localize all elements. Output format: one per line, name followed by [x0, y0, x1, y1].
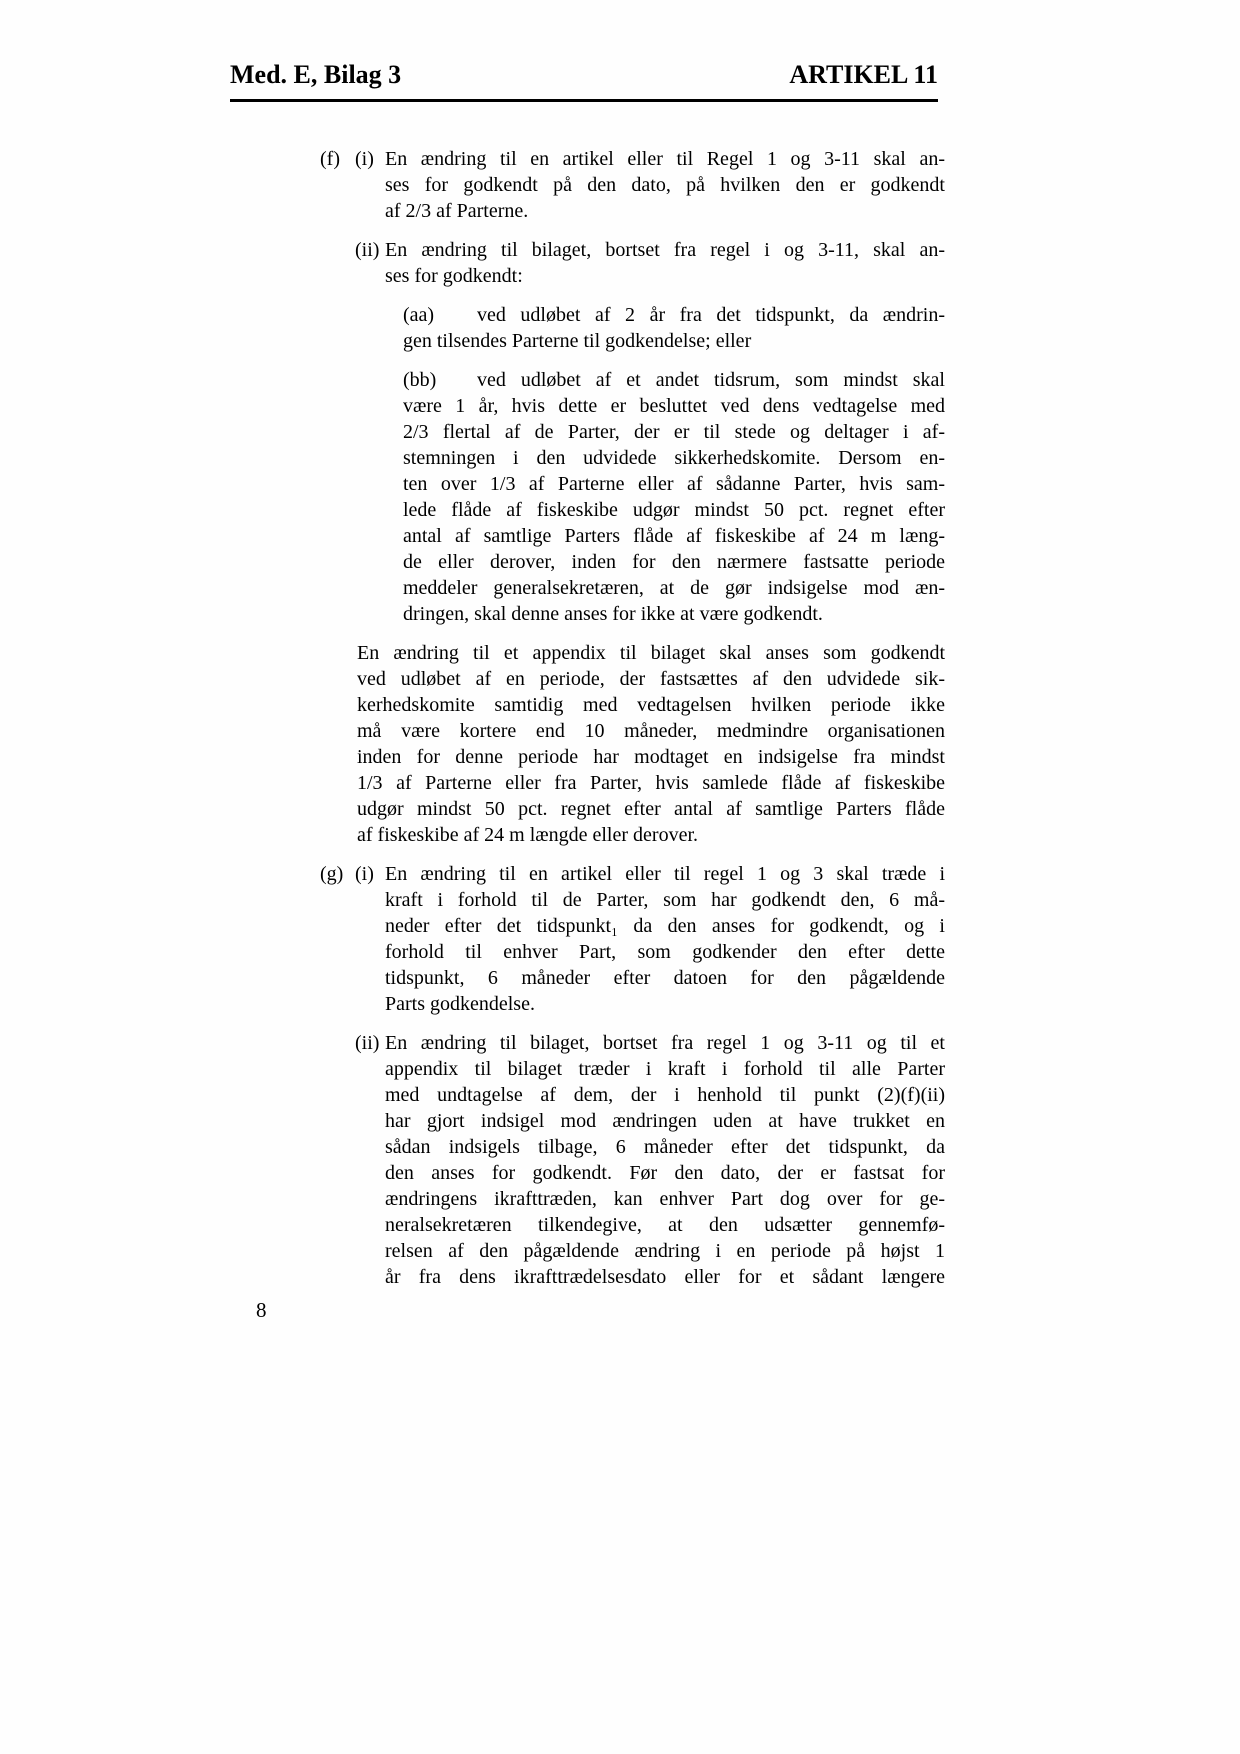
text-line: antal af samtlige Parters flåde af fiske… [403, 523, 945, 549]
text-line: må være kortere end 10 måneder, medmindr… [357, 718, 945, 744]
text-line: ved udløbet af en periode, der fastsætte… [357, 666, 945, 692]
document-page: Med. E, Bilag 3 ARTIKEL 11 (f)(i)En ændr… [0, 0, 1240, 1754]
list-level2-marker: (i) [355, 861, 385, 1017]
list-level1-marker: (g) [320, 861, 355, 1017]
text-line: sådan indsigels tilbage, 6 måneder efter… [385, 1134, 945, 1160]
paragraph-text: En ændring til en artikel eller til rege… [385, 861, 945, 1017]
text-line: af 2/3 af Parterne. [385, 198, 945, 224]
text-line: ses for godkendt: [385, 263, 945, 289]
list-level2-marker: (ii) [355, 1030, 385, 1290]
text-line: ses for godkendt på den dato, på hvilken… [385, 172, 945, 198]
text-line: 2/3 flertal af de Parter, der er til ste… [403, 419, 945, 445]
clause-f-closing-paragraph: En ændring til et appendix til bilaget s… [320, 640, 945, 848]
text-line: ten over 1/3 af Parterne eller af sådann… [403, 471, 945, 497]
text-line: kerhedskomite samtidig med vedtagelsen h… [357, 692, 945, 718]
text-line: En ændring til bilaget, bortset fra rege… [385, 1030, 945, 1056]
text-line: En ændring til en artikel eller til rege… [385, 861, 945, 887]
text-line: appendix til bilaget træder i kraft i fo… [385, 1056, 945, 1082]
list-marker: (aa) [403, 302, 477, 328]
text-line: gen tilsendes Parterne til godkendelse; … [403, 328, 945, 354]
list-marker: (bb) [403, 367, 477, 393]
text-line: (aa)ved udløbet af 2 år fra det tidspunk… [403, 302, 945, 328]
text-line: de eller derover, inden for den nærmere … [403, 549, 945, 575]
text-line: neder efter det tidspunkt₁ da den anses … [385, 913, 945, 939]
clause-f-i: (f)(i)En ændring til en artikel eller ti… [320, 146, 945, 224]
paragraph-text: (bb)ved udløbet af et andet tidsrum, som… [403, 367, 945, 627]
text-line: inden for denne periode har modtaget en … [357, 744, 945, 770]
header-divider [230, 99, 938, 102]
paragraph-text: (aa)ved udløbet af 2 år fra det tidspunk… [403, 302, 945, 354]
clause-g-ii: (ii)En ændring til bilaget, bortset fra … [320, 1030, 945, 1290]
list-level1-marker: (f) [320, 146, 355, 224]
clause-f-ii: (ii)En ændring til bilaget, bortset fra … [320, 237, 945, 289]
clause-f-ii-aa: (aa)ved udløbet af 2 år fra det tidspunk… [320, 302, 945, 354]
text-line: En ændring til en artikel eller til Rege… [385, 146, 945, 172]
text-line: den anses for godkendt. Før den dato, de… [385, 1160, 945, 1186]
text-line: stemningen i den udvidede sikkerhedskomi… [403, 445, 945, 471]
text-line: tidspunkt, 6 måneder efter datoen for de… [385, 965, 945, 991]
text-line: relsen af den pågældende ændring i en pe… [385, 1238, 945, 1264]
text-line: En ændring til bilaget, bortset fra rege… [385, 237, 945, 263]
header-right-title: ARTIKEL 11 [230, 60, 938, 90]
list-level2-marker: (i) [355, 146, 385, 224]
clause-g-i: (g)(i)En ændring til en artikel eller ti… [320, 861, 945, 1017]
text-line: med undtagelse af dem, der i henhold til… [385, 1082, 945, 1108]
text-line: ændringens ikrafttræden, kan enhver Part… [385, 1186, 945, 1212]
clause-f-ii-bb: (bb)ved udløbet af et andet tidsrum, som… [320, 367, 945, 627]
list-level1-marker [320, 1030, 355, 1290]
list-level2-marker: (ii) [355, 237, 385, 289]
paragraph-text: En ændring til bilaget, bortset fra rege… [385, 1030, 945, 1290]
text-line: neralsekretæren tilkendegive, at den uds… [385, 1212, 945, 1238]
list-level1-marker [320, 237, 355, 289]
paragraph-text: En ændring til en artikel eller til Rege… [385, 146, 945, 224]
paragraph-text: En ændring til et appendix til bilaget s… [357, 640, 945, 848]
paragraph-text: En ændring til bilaget, bortset fra rege… [385, 237, 945, 289]
text-line: udgør mindst 50 pct. regnet efter antal … [357, 796, 945, 822]
text-line: har gjort indsigel mod ændringen uden at… [385, 1108, 945, 1134]
text-line: forhold til enhver Part, som godkender d… [385, 939, 945, 965]
text-line: lede flåde af fiskeskibe udgør mindst 50… [403, 497, 945, 523]
text-line: 1/3 af Parterne eller fra Parter, hvis s… [357, 770, 945, 796]
text-line: kraft i forhold til de Parter, som har g… [385, 887, 945, 913]
text-line: dringen, skal denne anses for ikke at væ… [403, 601, 945, 627]
text-line: meddeler generalsekretæren, at de gør in… [403, 575, 945, 601]
text-line: af fiskeskibe af 24 m længde eller derov… [357, 822, 945, 848]
text-line: En ændring til et appendix til bilaget s… [357, 640, 945, 666]
text-line: år fra dens ikrafttrædelsesdato eller fo… [385, 1264, 945, 1290]
text-line: Parts godkendelse. [385, 991, 945, 1017]
page-number: 8 [256, 1298, 267, 1323]
text-line: være 1 år, hvis dette er besluttet ved d… [403, 393, 945, 419]
document-body: (f)(i)En ændring til en artikel eller ti… [320, 146, 945, 1303]
text-line: (bb)ved udløbet af et andet tidsrum, som… [403, 367, 945, 393]
